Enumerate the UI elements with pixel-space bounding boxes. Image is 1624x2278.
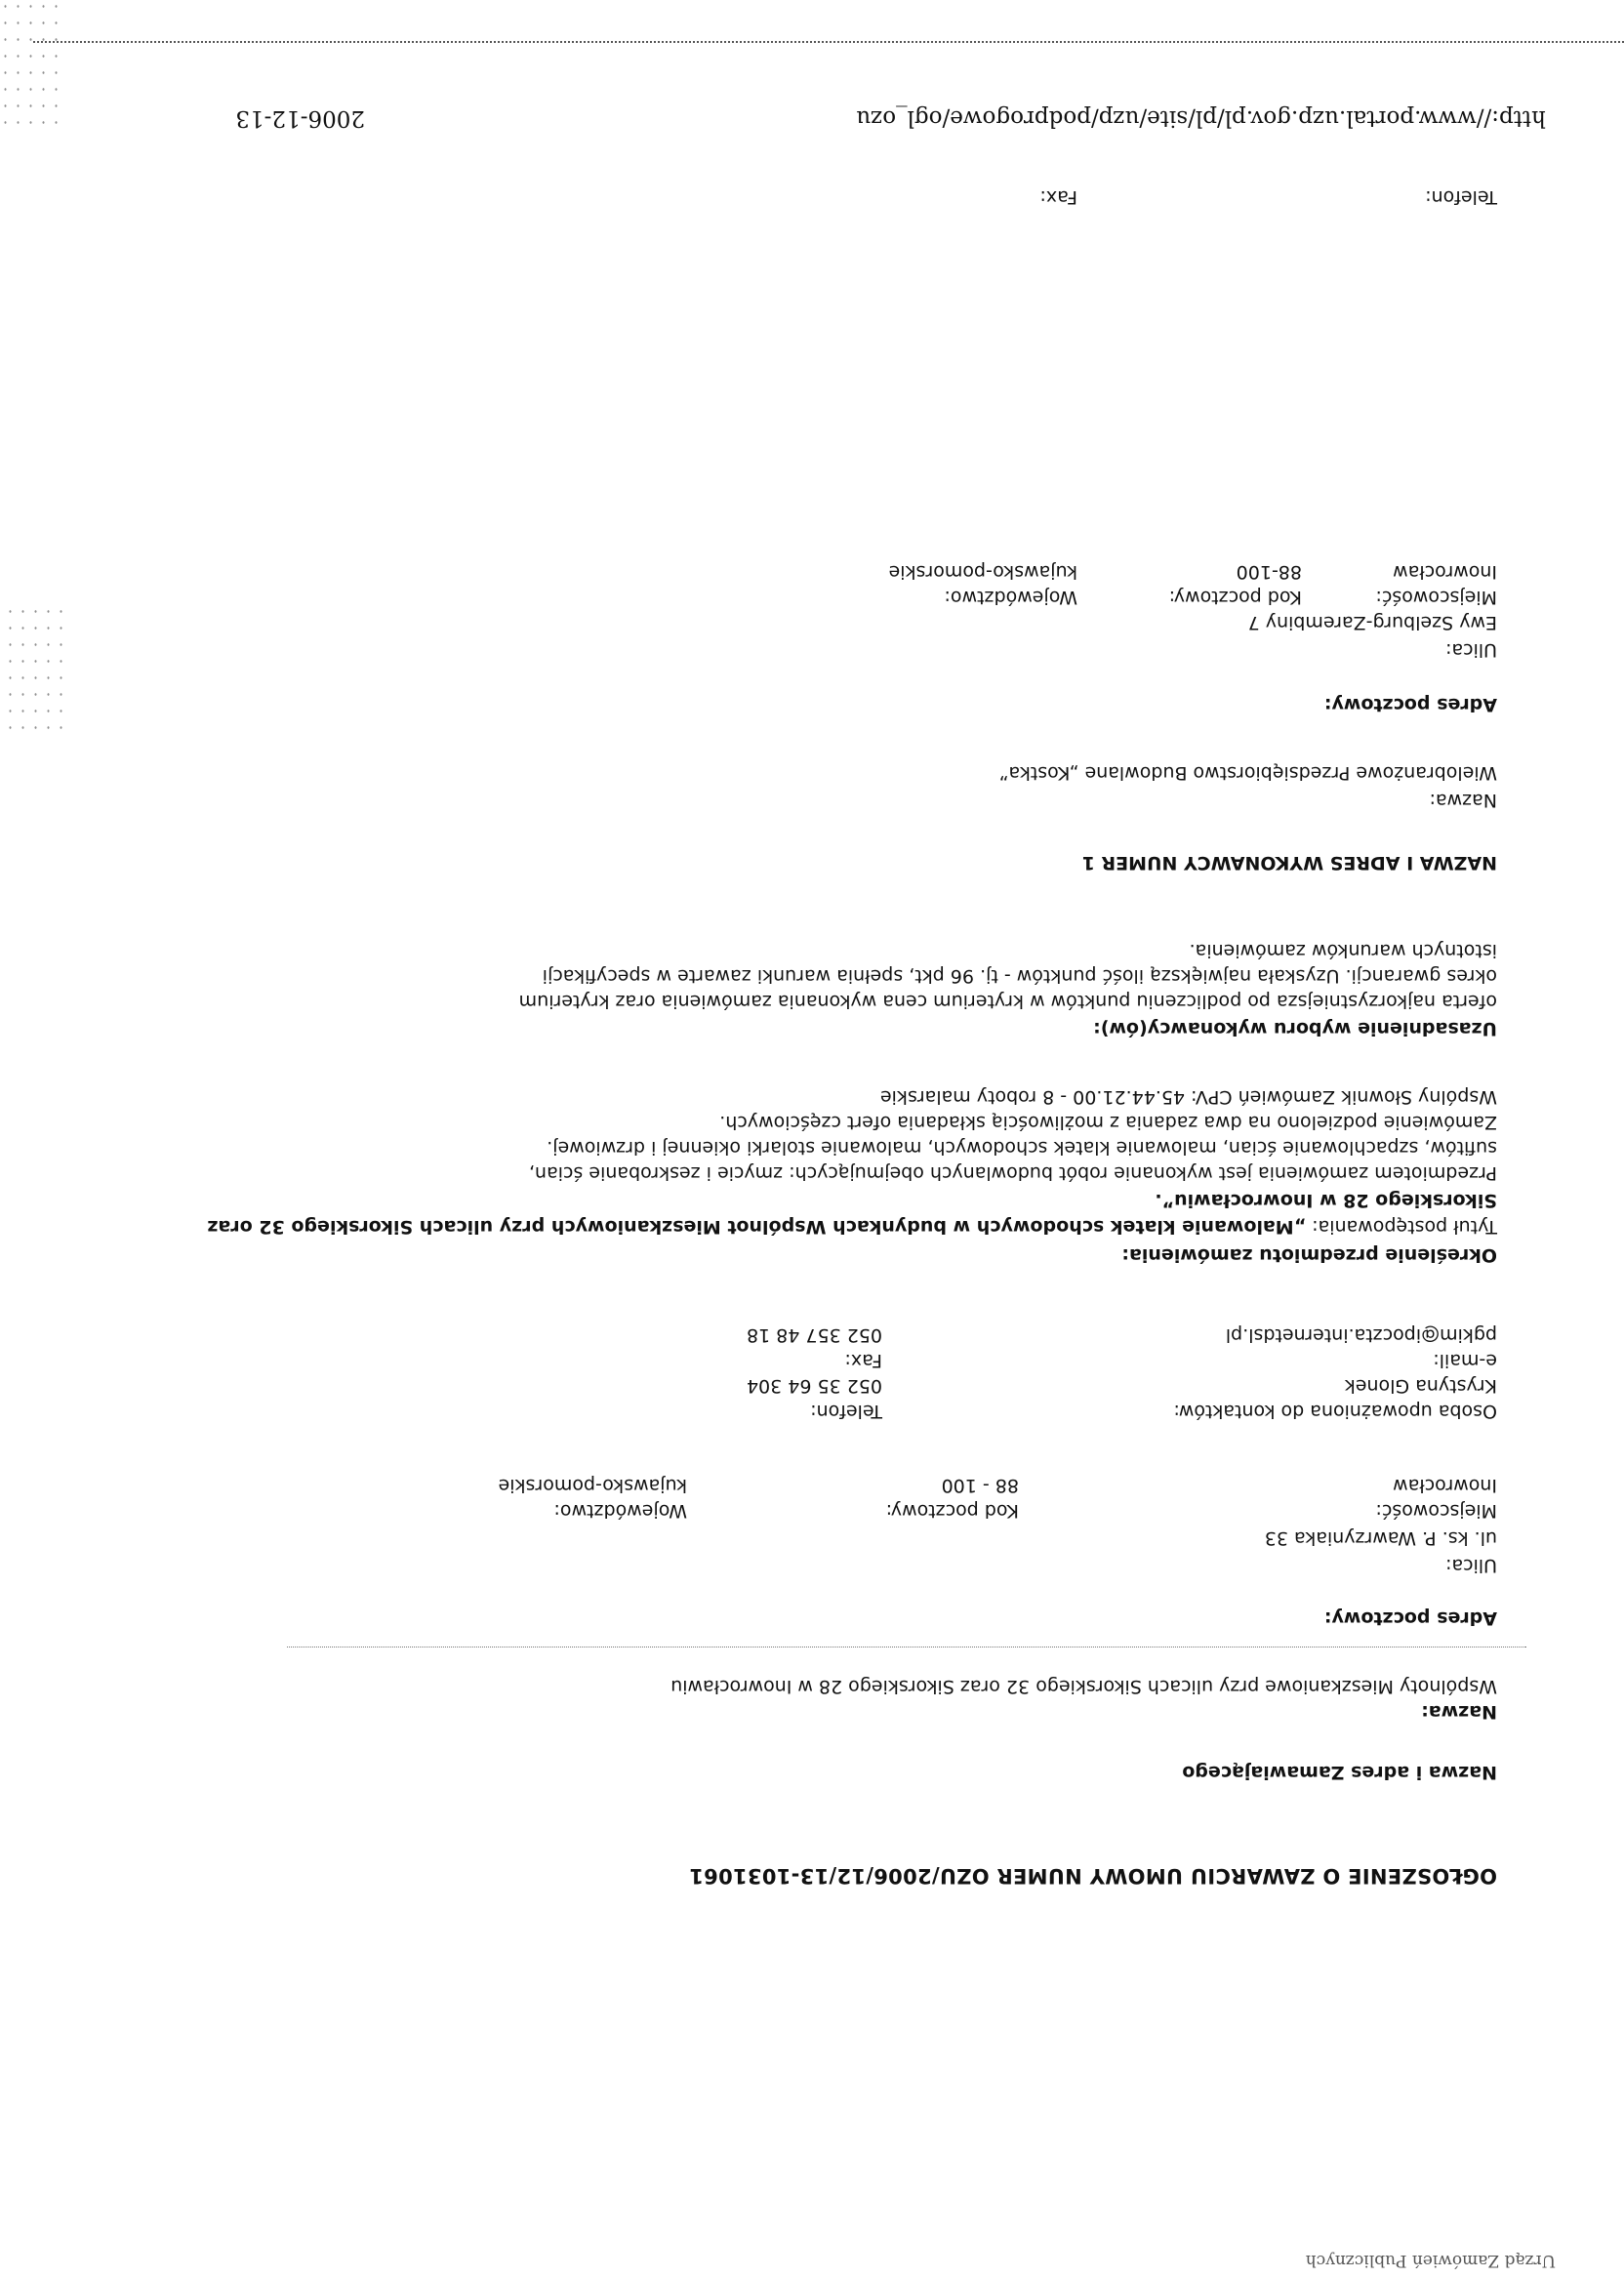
zamawiajacy-postal-label: Kod pocztowy: — [886, 1499, 1019, 1523]
zamawiajacy-email-value[interactable]: pgkim@ipoczta.internetdsl.pl — [1226, 1323, 1497, 1347]
wykonawca-city-value: Inowrocław — [1393, 560, 1497, 584]
section-heading-przedmiot: Określenie przedmiotu zamówienia: — [1121, 1243, 1497, 1267]
wykonawca-name-label: Nazwa: — [1430, 789, 1497, 812]
zamawiajacy-fax-value: 052 357 48 18 — [747, 1323, 882, 1347]
wykonawca-postal-value: 88-100 — [1237, 560, 1302, 584]
zamawiajacy-city-label: Miejscowość: — [1375, 1499, 1497, 1523]
wykonawca-voivodeship-value: kujawsko-pomorskie — [889, 560, 1077, 584]
zamawiajacy-name-label: Nazwa: — [1421, 1700, 1497, 1724]
section-heading-zamawiajacy: Nazwa i adres Zamawiającego — [1182, 1761, 1497, 1784]
scanned-document-page: Urząd Zamówień Publicznych OGŁOSZENIE O … — [0, 0, 1624, 2278]
section-heading-wykonawca: NAZWA I ADRES WYKONAWCY NUMER 1 — [1082, 851, 1497, 875]
przedmiot-title: Tytuł postępowania: „Malowanie klatek sc… — [111, 1187, 1497, 1240]
przedmiot-description-line: Przedmiotem zamówienia jest wykonanie ro… — [529, 1161, 1497, 1185]
wykonawca-address-heading: Adres pocztowy: — [1324, 693, 1497, 716]
przedmiot-cpv-line: Wspólny Słownik Zamówień CPV: 45.44.21.0… — [880, 1085, 1497, 1109]
zamawiajacy-contact-value: Krystyna Glonek — [1345, 1374, 1497, 1398]
wykonawca-voivodeship-label: Województwo: — [945, 586, 1077, 609]
wykonawca-postal-label: Kod pocztowy: — [1169, 586, 1302, 609]
footer-date: 2006-12-13 — [235, 105, 365, 131]
wykonawca-fax-label: Fax: — [1040, 185, 1077, 209]
uzasadnienie-line: okres gwarancji. Uzyskała największą ilo… — [543, 964, 1497, 988]
zamawiajacy-phone-value: 052 35 64 304 — [747, 1374, 882, 1398]
przedmiot-title-value: „Malowanie klatek schodowych w budynkach… — [207, 1190, 1497, 1238]
przedmiot-title-label: Tytuł postępowania: — [1312, 1216, 1497, 1238]
title-divider-top — [287, 1647, 1526, 1647]
zamawiajacy-street-value: ul. ks. P. Wawrzyniaka 33 — [1265, 1526, 1497, 1550]
footer-url[interactable]: http://www.portal.uzp.gov.pl/pl/site/uzp… — [856, 105, 1546, 131]
uzasadnienie-line: oferta najkorzystniejsza po podliczeniu … — [519, 990, 1497, 1013]
zamawiajacy-contact-label: Osoba upoważniona do kontaktów: — [1173, 1400, 1497, 1423]
zamawiajacy-voivodeship-label: Województwo: — [554, 1499, 687, 1523]
wykonawca-city-label: Miejscowość: — [1375, 586, 1497, 609]
zamawiajacy-phone-label: Telefon: — [810, 1400, 882, 1423]
zamawiajacy-postal-value: 88 - 100 — [942, 1474, 1019, 1497]
document-title: OGŁOSZENIE O ZAWARCIU UMOWY NUMER OZU/20… — [689, 1864, 1497, 1888]
footer-divider — [33, 41, 1624, 43]
scan-noise — [0, 599, 67, 736]
zamawiajacy-voivodeship-value: kujawsko-pomorskie — [499, 1474, 687, 1497]
wykonawca-name-value: Wielobranżowe Przedsiębiorstwo Budowlane… — [999, 761, 1497, 785]
zamawiajacy-address-heading: Adres pocztowy: — [1324, 1607, 1497, 1630]
zamawiajacy-name-value: Wspólnoty Mieszkaniowe przy ulicach Siko… — [670, 1675, 1497, 1698]
scan-noise — [0, 0, 62, 131]
przedmiot-description-line: Zamówienie podzielono na dwa zadania z m… — [719, 1111, 1497, 1134]
section-heading-uzasadnienie: Uzasadnienie wyboru wykonawcy(ów): — [1093, 1017, 1497, 1040]
przedmiot-description-line: sufitów, szpachlowanie ścian, malowanie … — [547, 1136, 1497, 1159]
zamawiajacy-city-value: Inowrocław — [1393, 1474, 1497, 1497]
header-line-top: Urząd Zamówień Publicznych — [1306, 2251, 1556, 2270]
wykonawca-street-value: Ewy Szelburg-Zarembiny 7 — [1248, 611, 1497, 634]
zamawiajacy-street-label: Ulica: — [1445, 1554, 1497, 1577]
zamawiajacy-fax-label: Fax: — [845, 1349, 882, 1372]
uzasadnienie-line: istotnych warunków zamówienia. — [1190, 939, 1497, 962]
zamawiajacy-email-label: e-mail: — [1433, 1349, 1497, 1372]
wykonawca-street-label: Ulica: — [1445, 638, 1497, 662]
wykonawca-phone-label: Telefon: — [1425, 185, 1497, 209]
